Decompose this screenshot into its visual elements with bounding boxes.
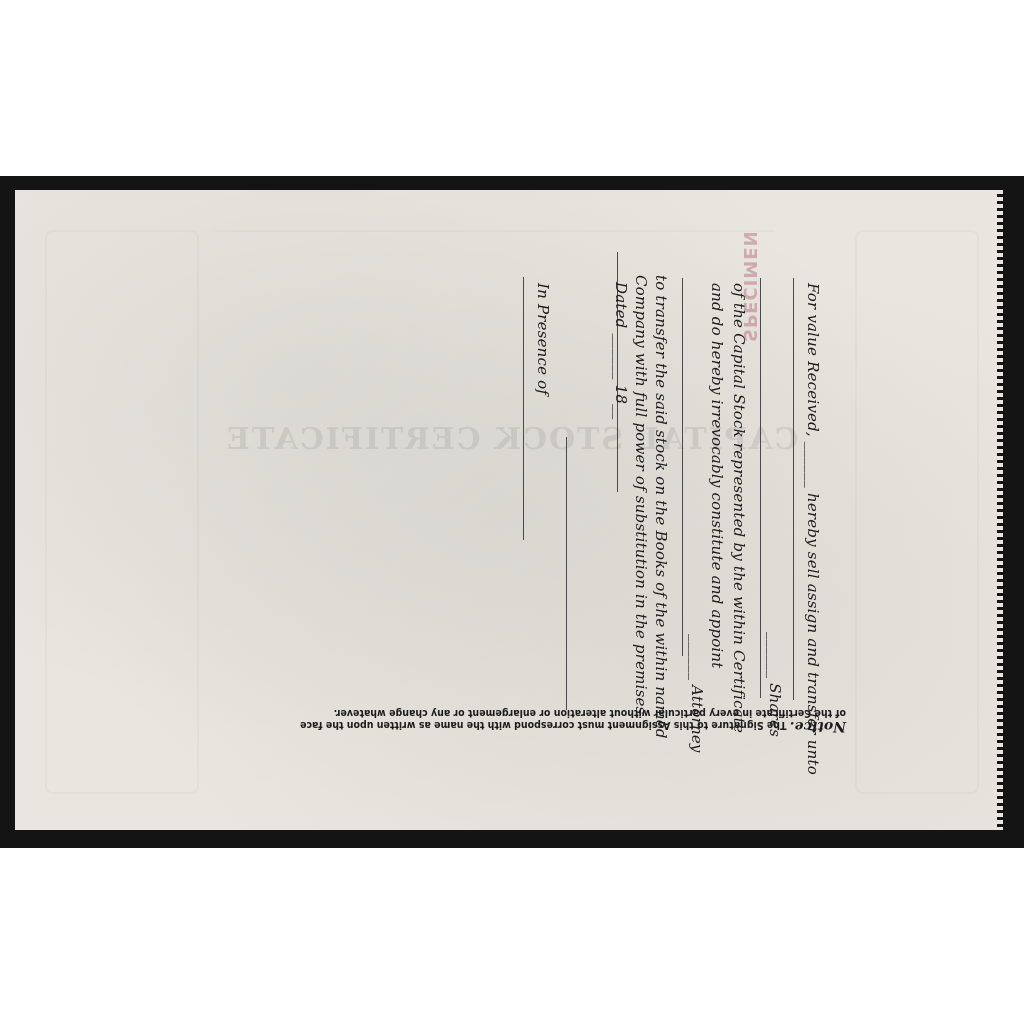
perforated-edge: [997, 190, 1003, 830]
notice-line-1: The Signature to this Assignment must co…: [300, 719, 786, 731]
assignment-line-dated: Dated ______ 18__: [612, 282, 630, 420]
notice-lead: Notice.: [790, 718, 846, 734]
rule-line-witness: [523, 277, 524, 540]
assignment-line-1: For value Received, ______ hereby sell a…: [804, 283, 822, 775]
notice-line-2: of the Certificate in every particular w…: [300, 707, 846, 719]
showthrough-top-ornament: [215, 230, 775, 312]
rule-line-shares: [760, 278, 761, 698]
showthrough-left-border: [45, 230, 199, 794]
certificate-reverse: CAPITAL STOCK CERTIFICATE: [15, 190, 1000, 830]
assignment-line-transfer: to transfer the said stock on the Books …: [652, 275, 670, 739]
showthrough-right-border: [855, 230, 979, 794]
assignment-line-attorney: ______ Attorney: [688, 634, 706, 753]
assignment-line-presence: In Presence of: [534, 283, 552, 395]
assignment-line-capital-stock: of the Capital Stock represented by the …: [730, 283, 748, 733]
rule-line-transferee: [793, 278, 794, 700]
rule-line-attorney: [682, 278, 683, 656]
assignment-line-substitution: Company with full power of substitution …: [632, 275, 650, 719]
rule-line-signature: [566, 437, 567, 710]
assignment-line-appoint: and do hereby irrevocably constitute and…: [708, 283, 726, 669]
signature-notice: Notice. The Signature to this Assignment…: [300, 707, 846, 732]
